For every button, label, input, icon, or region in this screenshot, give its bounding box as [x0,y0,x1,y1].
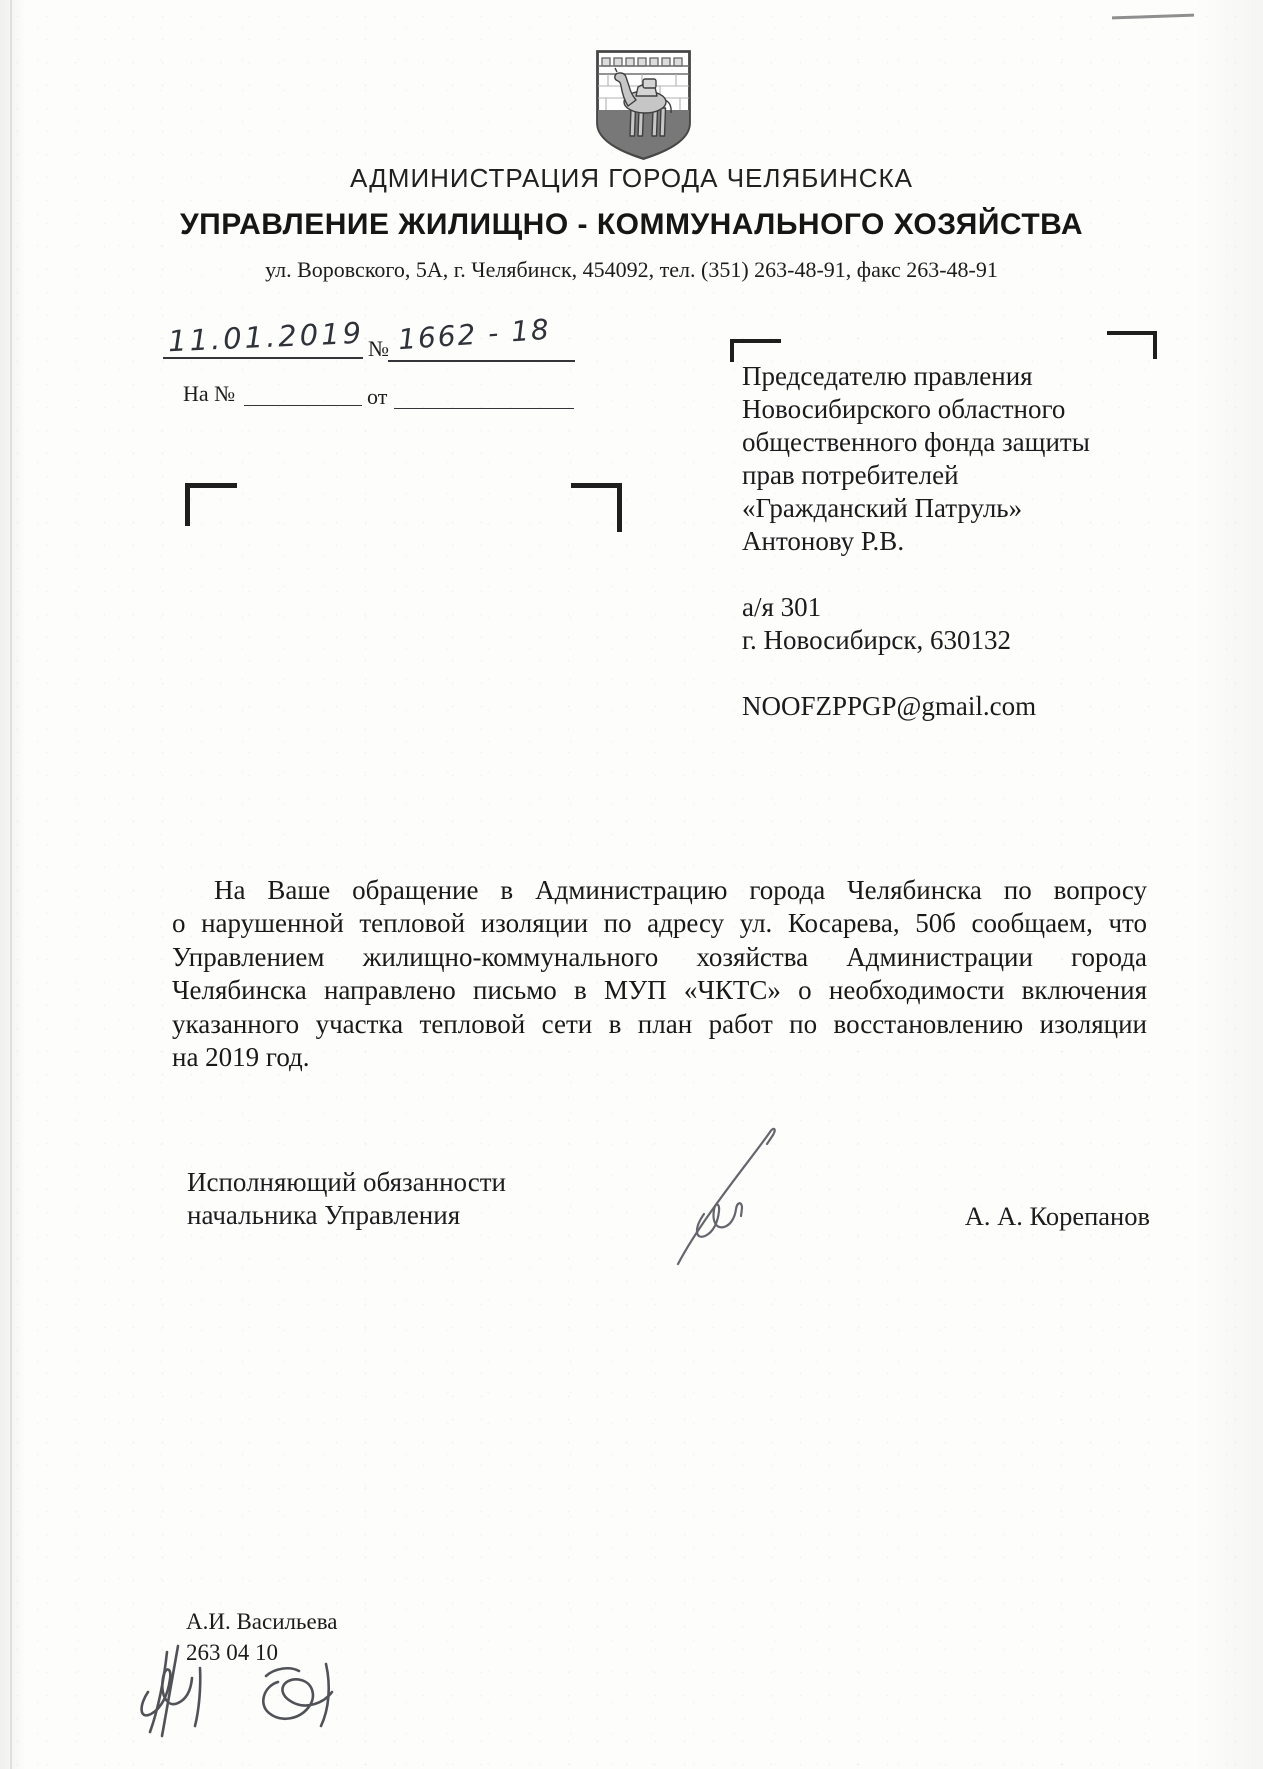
pen-scribble-mark [134,1640,219,1740]
number-sign: № [368,336,389,362]
incoming-date-blank [394,408,574,409]
executor-name: А.И. Васильева [186,1606,337,1637]
pen-scribble-mark [250,1656,345,1741]
signer-position: Исполняющий обязанности начальника Управ… [187,1166,506,1232]
body-line: указанного участка тепловой сети в план … [172,1008,1147,1041]
signer-position-line2: начальника Управления [187,1199,506,1232]
recipient-line: «Гражданский Патруль» [742,492,1122,525]
recipient-block: Председателю правления Новосибирского об… [742,360,1122,723]
signer-name: А. А. Корепанов [880,1201,1150,1232]
recipient-line: Новосибирского областного [742,393,1122,426]
administration-title: АДМИНИСТРАЦИЯ ГОРОДА ЧЕЛЯБИНСКА [20,163,1243,194]
incoming-number-blank [244,405,362,406]
scan-edge-artifact [10,0,12,1769]
letter-body: На Ваше обращение в Администрацию города… [172,874,1147,1074]
incoming-number-label: На № [183,381,235,407]
outgoing-number-handwritten: 1662 - 18 [397,313,552,357]
department-title: УПРАВЛЕНИЕ ЖИЛИЩНО - КОММУНАЛЬНОГО ХОЗЯЙ… [20,208,1243,242]
scan-artifact-line [1112,14,1194,20]
recipient-line: Антонову Р.В. [742,525,1122,558]
recipient-line: Председателю правления [742,360,1122,393]
body-line: Управлением жилищно-коммунального хозяйс… [172,941,1147,974]
recipient-line: прав потребителей [742,459,1122,492]
signer-position-line1: Исполняющий обязанности [187,1166,506,1199]
incoming-from-label: от [367,384,387,410]
sender-zone-corner-right [571,483,622,532]
recipient-zone-corner-right [1107,331,1157,359]
chelyabinsk-coat-of-arms-icon [594,48,693,162]
signature-autograph [660,1118,820,1268]
body-line: о нарушенной тепловой изоляции по адресу… [172,907,1147,940]
recipient-city: г. Новосибирск, 630132 [742,624,1122,657]
letterhead-contacts: ул. Воровского, 5А, г. Челябинск, 454092… [20,257,1243,283]
recipient-po-box: а/я 301 [742,591,1122,624]
number-underline [388,360,575,362]
body-line: на 2019 год. [172,1041,1147,1074]
outgoing-date-handwritten: 11.01.2019 [167,316,364,359]
recipient-email: NOOFZPPGP@gmail.com [742,690,1122,723]
body-line: На Ваше обращение в Администрацию города… [172,874,1147,907]
body-line: Челябинска направлено письмо в МУП «ЧКТС… [172,974,1147,1007]
sender-zone-corner-left [185,483,237,526]
recipient-line: общественного фонда защиты [742,426,1122,459]
scanned-letter-page: АДМИНИСТРАЦИЯ ГОРОДА ЧЕЛЯБИНСКА УПРАВЛЕН… [0,0,1263,1769]
recipient-zone-corner-left [730,339,781,362]
date-underline [163,357,363,359]
